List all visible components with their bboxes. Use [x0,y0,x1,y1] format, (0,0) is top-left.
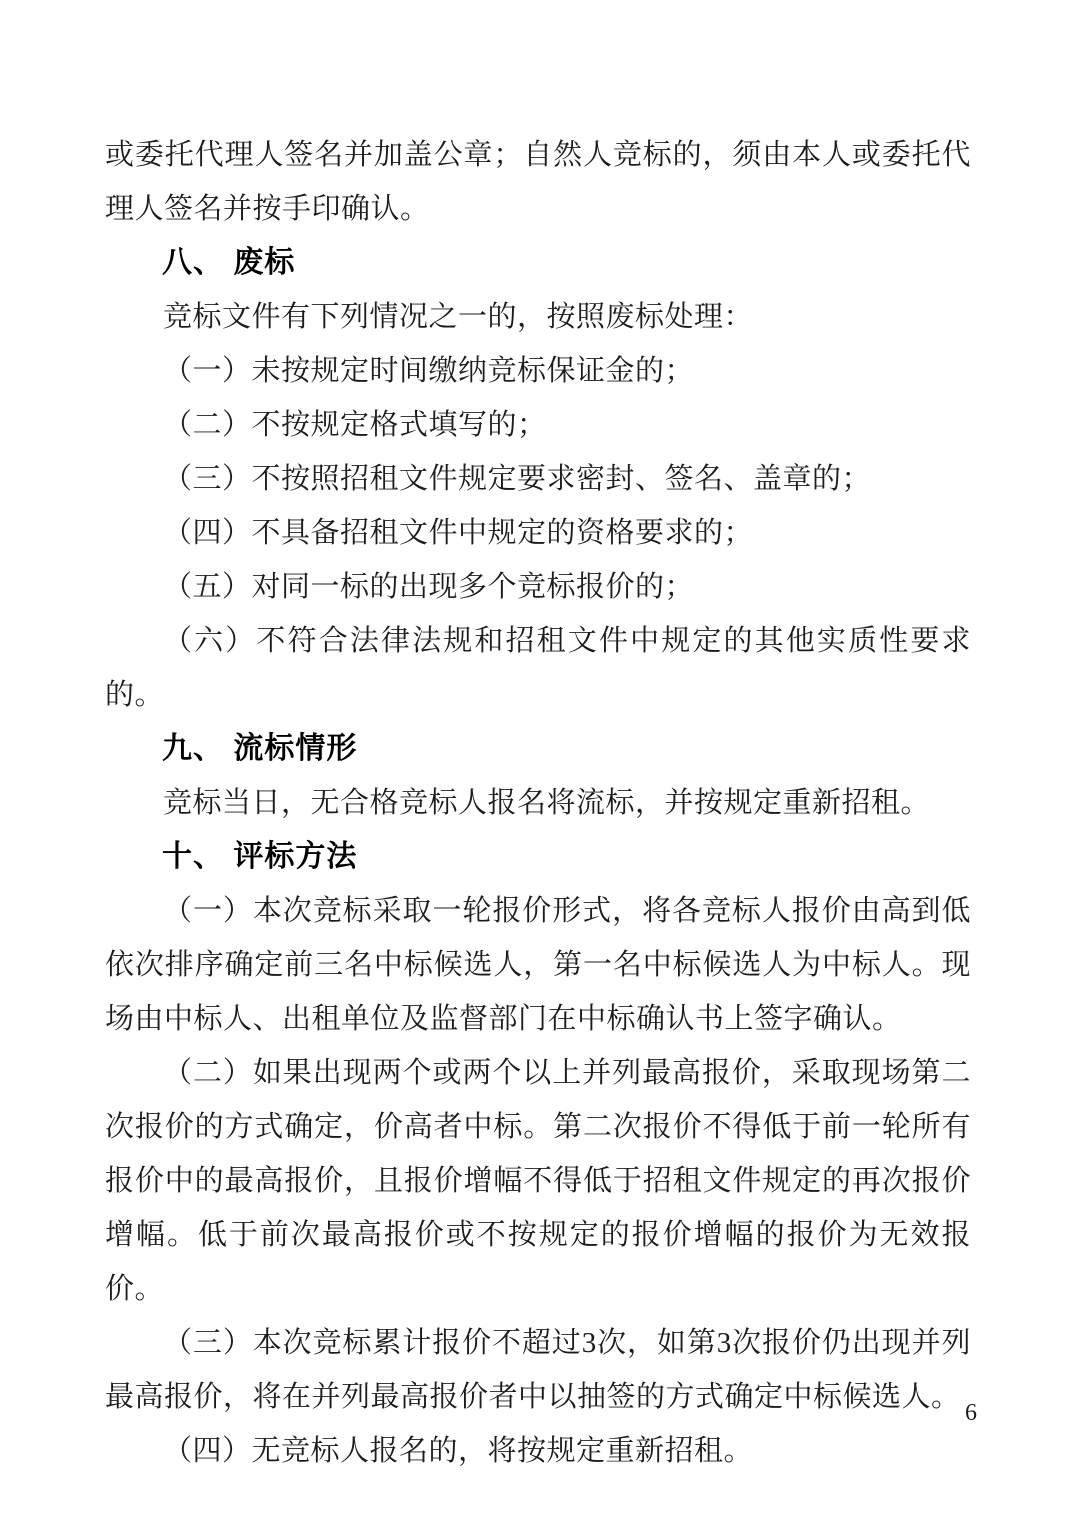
paragraph-evaluation-3: （三）本次竞标累计报价不超过3次，如第3次报价仍出现并列最高报价，将在并列最高报… [105,1316,971,1424]
list-item-2: （二）不按规定格式填写的； [105,398,971,452]
section-heading-8-invalid-bids: 八、 废标 [105,236,971,290]
list-item-4: （四）不具备招租文件中规定的资格要求的； [105,506,971,560]
paragraph-continuation: 或委托代理人签名并加盖公章；自然人竞标的，须由本人或委托代理人签名并按手印确认。 [105,128,971,236]
document-page: 或委托代理人签名并加盖公章；自然人竞标的，须由本人或委托代理人签名并按手印确认。… [0,0,1074,1520]
list-item-6: （六）不符合法律法规和招租文件中规定的其他实质性要求的。 [105,614,971,722]
list-item-5: （五）对同一标的出现多个竞标报价的； [105,560,971,614]
paragraph-evaluation-4: （四）无竞标人报名的，将按规定重新招租。 [105,1424,971,1478]
paragraph-invalid-bids-intro: 竞标文件有下列情况之一的，按照废标处理： [105,290,971,344]
section-heading-10-evaluation-method: 十、 评标方法 [105,830,971,884]
paragraph-evaluation-1: （一）本次竞标采取一轮报价形式，将各竞标人报价由高到低依次排序确定前三名中标候选… [105,884,971,1046]
list-item-1: （一）未按规定时间缴纳竞标保证金的； [105,344,971,398]
list-item-3: （三）不按照招租文件规定要求密封、签名、盖章的； [105,452,971,506]
section-heading-9-failed-tender: 九、 流标情形 [105,722,971,776]
page-number: 6 [965,1398,977,1428]
paragraph-failed-tender: 竞标当日，无合格竞标人报名将流标，并按规定重新招租。 [105,776,971,830]
text-content: 或委托代理人签名并加盖公章；自然人竞标的，须由本人或委托代理人签名并按手印确认。… [105,128,971,1478]
paragraph-evaluation-2: （二）如果出现两个或两个以上并列最高报价，采取现场第二次报价的方式确定，价高者中… [105,1046,971,1316]
